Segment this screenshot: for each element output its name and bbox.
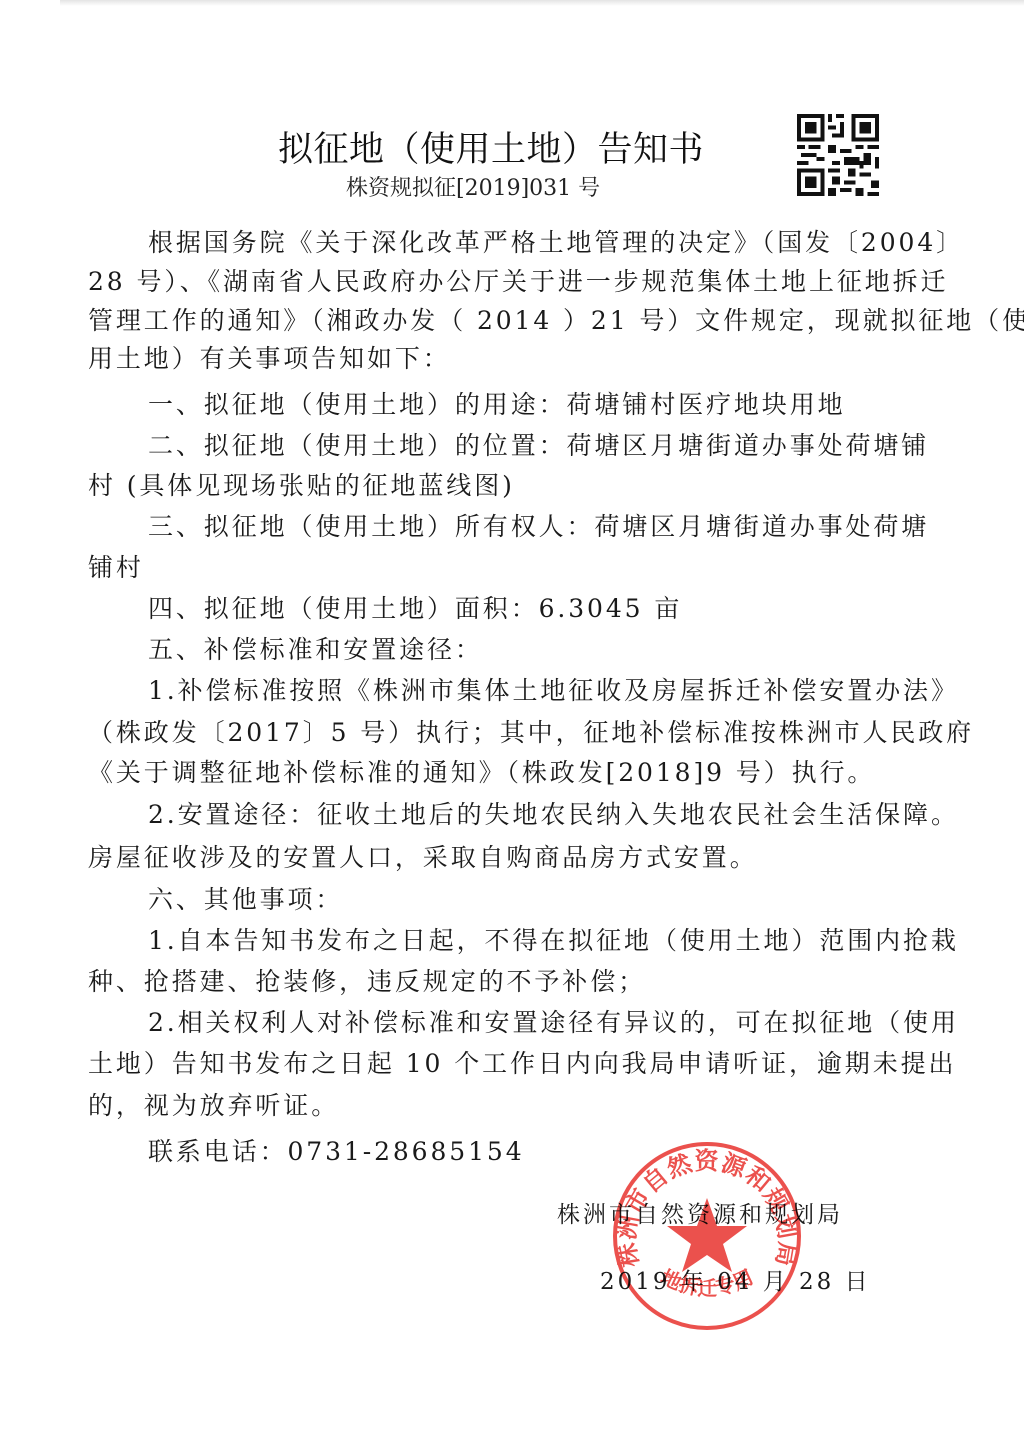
paragraph-line: 2.相关权利人对补偿标准和安置途径有异议的，可在拟征地（使用 — [148, 1006, 928, 1040]
paragraph-line: 1.补偿标准按照《株洲市集体土地征收及房屋拆迁补偿安置办法》 — [148, 674, 928, 708]
paragraph-line: 根据国务院《关于深化改革严格土地管理的决定》（国发〔2004〕 — [148, 226, 928, 260]
paragraph-line: 五、补偿标准和安置途径： — [148, 633, 928, 667]
document-title: 拟征地（使用土地）告知书 — [278, 122, 748, 172]
paragraph-line: 村 (具体见现场张贴的征地蓝线图) — [88, 469, 928, 503]
paragraph-line: 用土地）有关事项告知如下： — [88, 342, 928, 376]
paragraph-line: 管理工作的通知》（湘政办发（ 2014 ）21 号）文件规定，现就拟征地（使 — [88, 304, 928, 338]
paragraph-line: 《关于调整征地补偿标准的通知》（株政发[2018]9 号）执行。 — [88, 756, 928, 790]
paragraph-line: 种、抢搭建、抢装修，违反规定的不予补偿； — [88, 965, 928, 999]
paragraph-line: 铺村 — [88, 551, 928, 585]
star-icon — [667, 1198, 747, 1272]
paragraph-line: 房屋征收涉及的安置人口，采取自购商品房方式安置。 — [88, 841, 928, 875]
paragraph-line: 二、拟征地（使用土地）的位置：荷塘区月塘街道办事处荷塘铺 — [148, 429, 928, 463]
qr-code-icon — [796, 114, 880, 196]
paragraph-line: 的，视为放弃听证。 — [88, 1089, 928, 1123]
paragraph-line: 联系电话：0731-28685154 — [148, 1135, 928, 1169]
paragraph-line: （株政发〔2017〕5 号）执行；其中，征地补偿标准按株洲市人民政府 — [88, 716, 928, 750]
paragraph-line: 1.自本告知书发布之日起，不得在拟征地（使用土地）范围内抢栽 — [148, 924, 928, 958]
paragraph-line: 28 号）、《湖南省人民政府办公厅关于进一步规范集体土地上征地拆迁 — [88, 265, 928, 299]
paragraph-line: 一、拟征地（使用土地）的用途：荷塘铺村医疗地块用地 — [148, 388, 928, 422]
paragraph-line: 2.安置途径：征收土地后的失地农民纳入失地农民社会生活保障。 — [148, 798, 928, 832]
official-seal-stamp: 株洲市自然资源和规划局 征地拆迁专用章 — [611, 1140, 803, 1332]
scan-edge-shadow — [60, 0, 1024, 6]
paragraph-line: 四、拟征地（使用土地）面积：6.3045 亩 — [148, 592, 928, 626]
paragraph-line: 三、拟征地（使用土地）所有权人：荷塘区月塘街道办事处荷塘 — [148, 510, 928, 544]
document-number: 株资规拟征[2019]031 号 — [346, 171, 600, 202]
paragraph-line: 六、其他事项： — [148, 883, 928, 917]
paragraph-line: 土地）告知书发布之日起 10 个工作日内向我局申请听证，逾期未提出 — [88, 1047, 928, 1081]
